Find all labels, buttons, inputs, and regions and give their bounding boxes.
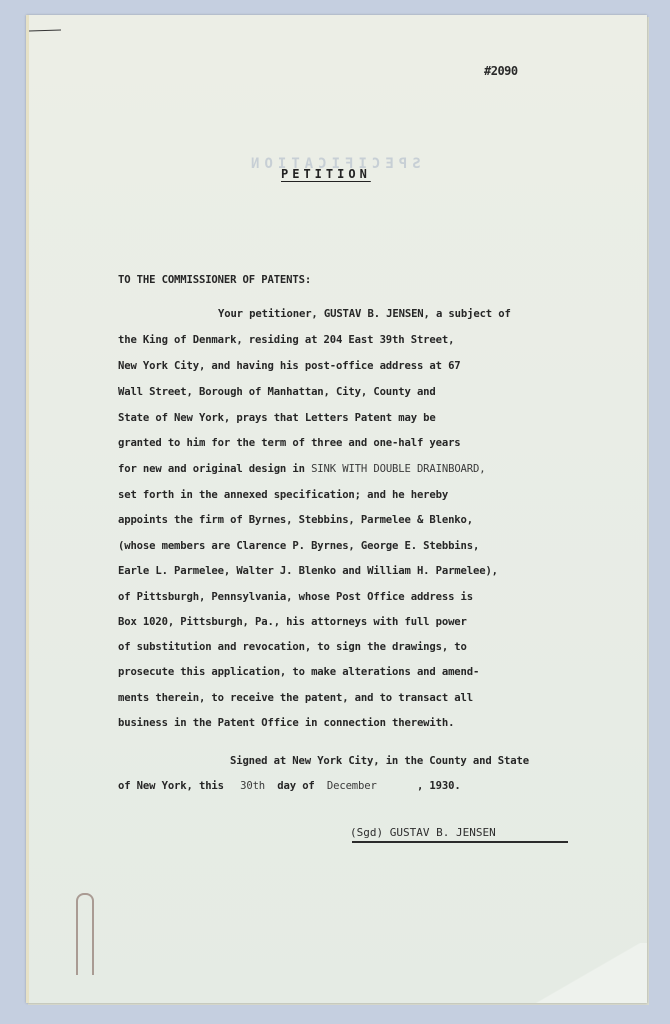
body-line-design: for new and original design in SINK WITH… (118, 463, 485, 475)
body-line: of substitution and revocation, to sign … (118, 641, 467, 653)
body-line: of Pittsburgh, Pennsylvania, whose Post … (118, 591, 473, 603)
rust-stain (76, 893, 94, 975)
body-line: Earle L. Parmelee, Walter J. Blenko and … (118, 565, 498, 577)
signed-prefix: of New York, this (118, 780, 224, 792)
signed-date-line: of New York, this 30th day of December ,… (118, 780, 461, 792)
body-line: business in the Patent Office in connect… (118, 717, 454, 729)
addressee: TO THE COMMISSIONER OF PATENTS: (118, 274, 311, 286)
body-line: Box 1020, Pittsburgh, Pa., his attorneys… (118, 616, 467, 628)
body-line: (whose members are Clarence P. Byrnes, G… (118, 540, 479, 552)
signature-line (352, 841, 568, 843)
body-text: for new and original design in (118, 463, 311, 475)
signature: (Sgd) GUSTAV B. JENSEN (350, 826, 496, 839)
body-line: the King of Denmark, residing at 204 Eas… (118, 334, 454, 346)
signed-day: 30th (240, 780, 265, 792)
body-line: Wall Street, Borough of Manhattan, City,… (118, 386, 436, 398)
body-line: Your petitioner, GUSTAV B. JENSEN, a sub… (218, 308, 511, 320)
body-line: granted to him for the term of three and… (118, 437, 461, 449)
body-line: State of New York, prays that Letters Pa… (118, 412, 436, 424)
body-line: set forth in the annexed specification; … (118, 489, 448, 501)
signed-year: , 1930. (417, 780, 461, 792)
page-title: PETITION (281, 167, 371, 181)
body-line: appoints the firm of Byrnes, Stebbins, P… (118, 514, 473, 526)
signed-month: December (327, 780, 377, 792)
day-of-text: day of (277, 780, 314, 792)
signed-line: Signed at New York City, in the County a… (230, 755, 529, 767)
body-line: prosecute this application, to make alte… (118, 666, 479, 678)
body-line: New York City, and having his post-offic… (118, 360, 461, 372)
design-name: SINK WITH DOUBLE DRAINBOARD, (311, 463, 485, 475)
body-line: ments therein, to receive the patent, an… (118, 692, 473, 704)
document-number: #2090 (484, 64, 518, 78)
